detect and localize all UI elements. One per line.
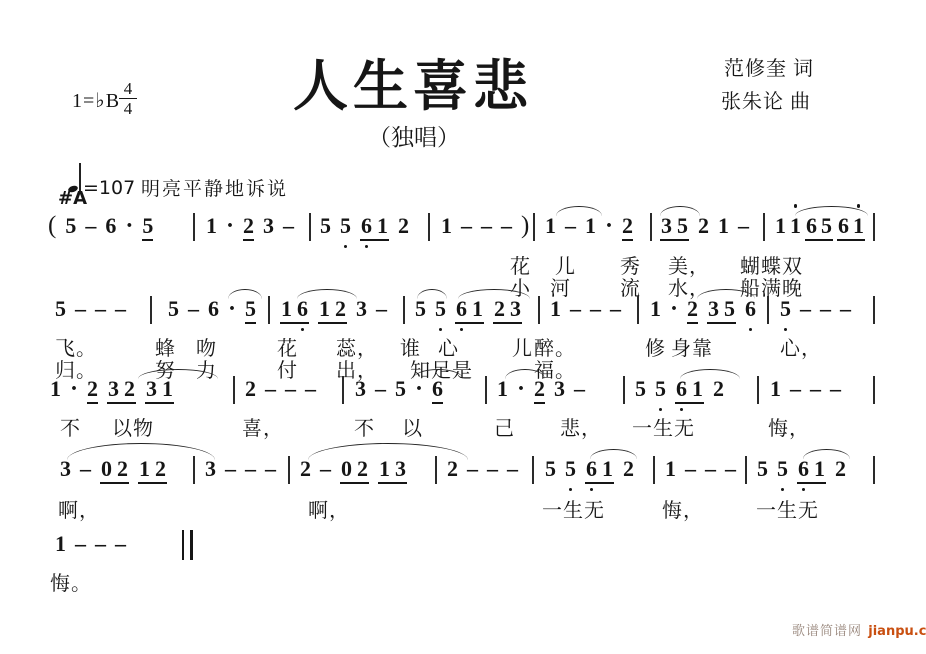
note: 1: [441, 213, 452, 239]
note: 2: [398, 213, 409, 239]
score-line: (5–6·51·23–556121–––)1–1·23521–116561花儿秀…: [0, 213, 926, 243]
lyric-word: 悔，: [662, 494, 704, 523]
slur-arc: [660, 206, 700, 216]
note: 5: [780, 296, 791, 322]
note: 1: [775, 213, 786, 239]
duration-dot: ·: [226, 213, 234, 239]
barline: [193, 213, 195, 241]
dash: –: [467, 456, 478, 482]
score-line: 1–––悔。: [0, 531, 926, 561]
dash: –: [501, 213, 512, 239]
note: 1: [319, 296, 330, 322]
barline: [150, 296, 152, 324]
note: 1: [377, 213, 388, 239]
note: 3: [661, 213, 672, 239]
barline: [288, 456, 290, 484]
note: 2: [835, 456, 846, 482]
dash: –: [75, 531, 86, 557]
lyric-word: 不: [60, 412, 81, 441]
beam-group: 35: [707, 296, 736, 324]
lyric-word: 喜，: [242, 412, 284, 441]
note: 1: [585, 213, 596, 239]
barline: [309, 213, 311, 241]
dash: –: [85, 213, 96, 239]
note: 2: [124, 376, 135, 402]
low-octave-dot: [344, 245, 348, 249]
dash: –: [95, 296, 106, 322]
note: 1: [497, 376, 508, 402]
note: 6: [208, 296, 219, 322]
measure-notes: 1–––: [665, 456, 745, 482]
beam-group: 13: [378, 456, 407, 484]
dash: –: [75, 296, 86, 322]
parenthesis: ): [521, 213, 529, 239]
measure-notes: 5–6·5: [168, 296, 265, 324]
note: 1: [692, 376, 703, 402]
measure-notes: 1–––: [550, 296, 630, 322]
dash: –: [610, 296, 621, 322]
low-octave-dot: [680, 408, 684, 412]
lyric-word: 身靠: [671, 332, 713, 361]
dash: –: [810, 376, 821, 402]
low-octave-dot: [784, 328, 788, 332]
dash: –: [830, 376, 841, 402]
note: 2: [243, 213, 254, 241]
dash: –: [95, 531, 106, 557]
dash: –: [265, 456, 276, 482]
slur-arc: [417, 289, 447, 299]
note: 6: [838, 213, 849, 239]
dash: –: [487, 456, 498, 482]
dash: –: [790, 376, 801, 402]
note: 1: [814, 456, 825, 482]
lyric-word: 以物: [112, 412, 154, 441]
measure-notes: 1–––): [441, 213, 538, 239]
low-octave-dot: [802, 488, 806, 492]
score-line: 1·232312–––3–5·61·23–556121–––不以物喜，不以己悲，…: [0, 376, 926, 406]
duration-dot: ·: [517, 376, 525, 402]
dash: –: [507, 456, 518, 482]
beam-group: 31: [145, 376, 174, 404]
note: 6: [361, 213, 372, 239]
measure-notes: 55612: [545, 456, 643, 484]
slur-arc: [680, 369, 740, 379]
dash: –: [574, 376, 585, 402]
duration-dot: ·: [415, 376, 423, 402]
slur-arc: [803, 449, 850, 459]
watermark-domain-link[interactable]: jianpu.cn: [868, 624, 926, 639]
barline: [757, 376, 759, 404]
note: 3: [108, 376, 119, 402]
note: 5: [635, 376, 646, 402]
lyric-word: 啊，: [58, 494, 100, 523]
beam-group: 61: [455, 296, 484, 324]
note: 2: [622, 213, 633, 241]
note: 6: [798, 456, 809, 482]
measure-notes: 2–0213: [300, 456, 416, 484]
duration-dot: ·: [605, 213, 613, 239]
note: 5: [565, 456, 576, 482]
parenthesis: (: [48, 213, 56, 239]
barline: [532, 456, 534, 484]
slur-arc: [556, 206, 602, 216]
slur-arc: [795, 206, 868, 216]
note: 5: [724, 296, 735, 322]
duration-dot: ·: [125, 213, 133, 239]
measure-notes: 116561: [775, 213, 869, 241]
duration-dot: ·: [70, 376, 78, 402]
barline: [342, 376, 344, 404]
note: 6: [105, 213, 116, 239]
barline: [233, 376, 235, 404]
dash: –: [225, 456, 236, 482]
note: 5: [677, 213, 688, 239]
note: 1: [853, 213, 864, 239]
note: 2: [245, 376, 256, 402]
note: 5: [777, 456, 788, 482]
low-octave-dot: [659, 408, 663, 412]
dash: –: [115, 531, 126, 557]
beam-group: 61: [797, 456, 826, 484]
duration-dot: ·: [228, 296, 236, 322]
barline: [767, 296, 769, 324]
high-octave-dot: [857, 204, 861, 208]
score: (5–6·51·23–556121–––)1–1·23521–116561花儿秀…: [0, 0, 926, 654]
barline: [623, 376, 625, 404]
note: 6: [432, 376, 443, 404]
note: 5: [340, 213, 351, 239]
low-octave-dot: [590, 488, 594, 492]
note: 1: [545, 213, 556, 239]
note: 3: [510, 296, 521, 322]
note: 5: [435, 296, 446, 322]
note: 6: [745, 296, 756, 322]
lyric-word: 一生无: [756, 494, 819, 523]
barline: [435, 456, 437, 484]
watermark: 歌谱简谱网 jianpu.cn: [792, 620, 926, 639]
note: 1: [206, 213, 217, 239]
dash: –: [685, 456, 696, 482]
low-octave-dot: [569, 488, 573, 492]
lyric-word: 悲，: [560, 412, 602, 441]
measure-notes: 5–––: [780, 296, 860, 322]
beam-group: 35: [660, 213, 689, 241]
watermark-site-name: 歌谱简谱网: [792, 623, 862, 638]
barline: [650, 213, 652, 241]
beam-group: 23: [493, 296, 522, 324]
note: 2: [698, 213, 709, 239]
note: 2: [534, 376, 545, 404]
barline: [268, 296, 270, 324]
note: 1: [650, 296, 661, 322]
low-octave-dot: [365, 245, 369, 249]
score-line: 5–––5–6·516123–5561231–––1·23565–––飞。蜂吻花…: [0, 296, 926, 326]
barline: [538, 296, 540, 324]
note: 3: [146, 376, 157, 402]
lyric-word: 一生无: [542, 494, 605, 523]
note: 2: [87, 376, 98, 404]
measure-notes: 5–––: [55, 296, 135, 322]
slur-arc: [308, 443, 468, 460]
note: 3: [356, 296, 367, 322]
note: 5: [320, 213, 331, 239]
dash: –: [305, 376, 316, 402]
note: 5: [395, 376, 406, 402]
dash: –: [461, 213, 472, 239]
note: 1: [55, 531, 66, 557]
lyric-word: 儿: [512, 332, 533, 361]
beam-group: 12: [138, 456, 167, 484]
measure-notes: 1·23–: [497, 376, 594, 404]
lyric-word: 一生无: [632, 412, 695, 441]
barline: [637, 296, 639, 324]
beam-group: 61: [675, 376, 704, 404]
dash: –: [590, 296, 601, 322]
measure-notes: 2–––: [245, 376, 325, 402]
low-octave-dot: [749, 328, 753, 332]
slur-arc: [590, 449, 637, 459]
note: 5: [821, 213, 832, 239]
slur-arc: [67, 443, 215, 460]
note: 2: [713, 376, 724, 402]
barline: [428, 213, 430, 241]
note: 2: [687, 296, 698, 324]
note: 1: [162, 376, 173, 402]
dash: –: [840, 296, 851, 322]
measure-notes: 3–0212: [60, 456, 176, 484]
final-barline: [182, 530, 193, 560]
note: 5: [142, 213, 153, 241]
note: 5: [655, 376, 666, 402]
measure-notes: 55612: [320, 213, 418, 241]
measure-notes: 3521–: [660, 213, 758, 241]
beam-group: 61: [360, 213, 389, 241]
note: 3: [708, 296, 719, 322]
dash: –: [115, 296, 126, 322]
note: 6: [456, 296, 467, 322]
dash: –: [376, 296, 387, 322]
beam-group: 12: [318, 296, 347, 324]
measure-notes: 1–––: [770, 376, 850, 402]
dash: –: [375, 376, 386, 402]
note: 5: [545, 456, 556, 482]
dash: –: [725, 456, 736, 482]
note: 2: [623, 456, 634, 482]
dash: –: [570, 296, 581, 322]
high-octave-dot: [794, 204, 798, 208]
note: 6: [806, 213, 817, 239]
note: 1: [790, 213, 801, 239]
barline: [873, 296, 875, 324]
dash: –: [265, 376, 276, 402]
dash: –: [705, 456, 716, 482]
beam-group: 61: [585, 456, 614, 484]
duration-dot: ·: [670, 296, 678, 322]
barline: [403, 296, 405, 324]
low-octave-dot: [460, 328, 464, 332]
barline: [193, 456, 195, 484]
measure-notes: 55612: [635, 376, 733, 404]
lyric-word: 修: [645, 332, 666, 361]
low-octave-dot: [439, 328, 443, 332]
measure-notes: 1·2356: [650, 296, 765, 324]
note: 6: [586, 456, 597, 482]
dash: –: [481, 213, 492, 239]
note: 1: [281, 296, 292, 322]
barline: [763, 213, 765, 241]
lyric-word: 悔，: [768, 412, 810, 441]
beam-group: 02: [340, 456, 369, 484]
barline: [873, 376, 875, 404]
measure-notes: 1·23231: [50, 376, 183, 404]
lyric-word: 己: [494, 412, 515, 441]
note: 5: [757, 456, 768, 482]
note: 1: [602, 456, 613, 482]
measure-notes: 1–1·2: [545, 213, 642, 241]
slur-arc: [228, 289, 262, 299]
lyric-word: 啊，: [308, 494, 350, 523]
barline: [745, 456, 747, 484]
measure-notes: 556123: [415, 296, 531, 324]
beam-group: 61: [837, 213, 865, 241]
dash: –: [820, 296, 831, 322]
low-octave-dot: [301, 328, 305, 332]
note: 1: [770, 376, 781, 402]
dash: –: [738, 213, 749, 239]
barline: [873, 213, 875, 241]
barline: [653, 456, 655, 484]
note: 1: [472, 296, 483, 322]
note: 3: [263, 213, 274, 239]
beam-group: 65: [805, 213, 833, 241]
lyric-word: 不: [354, 412, 375, 441]
barline: [873, 456, 875, 484]
low-octave-dot: [781, 488, 785, 492]
note: 6: [297, 296, 308, 322]
dash: –: [283, 213, 294, 239]
score-line: 3–02123–––2–02132–––556121–––55612啊，啊，一生…: [0, 456, 926, 486]
note: 5: [55, 296, 66, 322]
barline: [533, 213, 535, 241]
dash: –: [188, 296, 199, 322]
note: 2: [335, 296, 346, 322]
dash: –: [245, 456, 256, 482]
note: 1: [665, 456, 676, 482]
beam-group: 32: [107, 376, 136, 404]
dash: –: [800, 296, 811, 322]
note: 5: [245, 296, 256, 324]
measure-notes: 3–5·6: [355, 376, 452, 404]
note: 3: [355, 376, 366, 402]
note: 6: [676, 376, 687, 402]
dash: –: [285, 376, 296, 402]
lyric-word: 以: [402, 412, 423, 441]
note: 3: [554, 376, 565, 402]
sheet-music-page: 1=♭B 4 4 人生喜悲 （独唱） 范修奎 词 张朱论 曲 #A =107 明…: [0, 0, 926, 654]
lyric-word: 悔。: [50, 567, 92, 596]
note: 5: [65, 213, 76, 239]
lyric-word: 心，: [780, 332, 822, 361]
dash: –: [565, 213, 576, 239]
note: 5: [168, 296, 179, 322]
beam-group: 02: [100, 456, 129, 484]
measure-notes: 1·23–: [206, 213, 303, 241]
note: 1: [50, 376, 61, 402]
measure-notes: 16123–: [280, 296, 396, 324]
note: 1: [550, 296, 561, 322]
note: 2: [494, 296, 505, 322]
note: 1: [718, 213, 729, 239]
slur-arc: [297, 289, 357, 299]
measure-notes: (5–6·5: [48, 213, 162, 241]
beam-group: 16: [280, 296, 309, 324]
note: 5: [415, 296, 426, 322]
measure-notes: 3–––: [205, 456, 285, 482]
measure-notes: 55612: [757, 456, 855, 484]
barline: [485, 376, 487, 404]
measure-notes: 1–––: [55, 531, 135, 557]
